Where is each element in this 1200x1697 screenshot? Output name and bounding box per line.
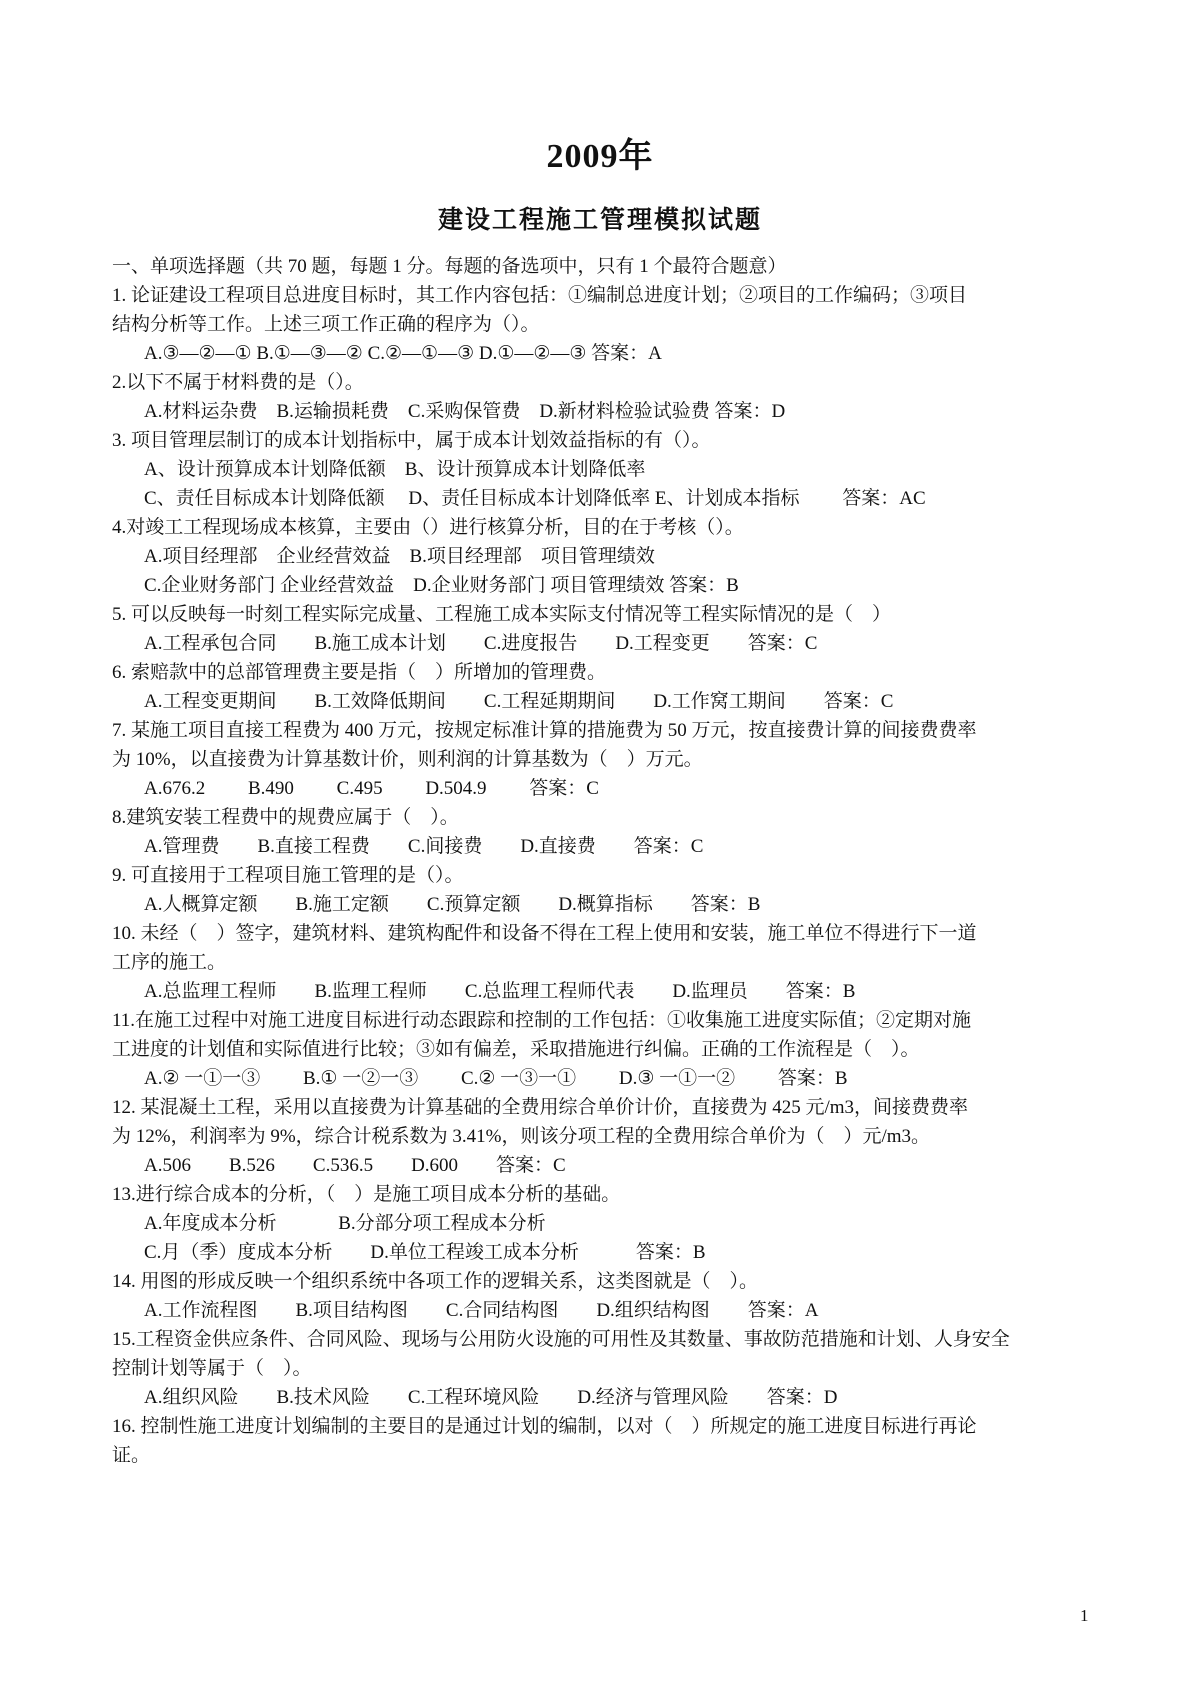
question-options: A.人概算定额 B.施工定额 C.预算定额 D.概算指标 答案：B (112, 890, 1097, 919)
question-stem: 15.工程资金供应条件、合同风险、现场与公用防火设施的可用性及其数量、事故防范措… (112, 1325, 1097, 1354)
question-stem: 3. 项目管理层制订的成本计划指标中，属于成本计划效益指标的有（）。 (112, 426, 1097, 455)
question-stem: 8.建筑安装工程费中的规费应属于（ ）。 (112, 803, 1097, 832)
question-stem: 为 10%，以直接费为计算基数计价，则利润的计算基数为（ ）万元。 (112, 745, 1097, 774)
question-stem: 证。 (112, 1441, 1097, 1470)
year-title: 2009年 (0, 128, 1200, 177)
question-stem: 4.对竣工工程现场成本核算，主要由（）进行核算分析，目的在于考核（）。 (112, 513, 1097, 542)
question-options: A.管理费 B.直接工程费 C.间接费 D.直接费 答案：C (112, 832, 1097, 861)
question-stem: 5. 可以反映每一时刻工程实际完成量、工程施工成本实际支付情况等工程实际情况的是… (112, 600, 1097, 629)
page-number: 1 (1080, 1606, 1089, 1626)
question-stem: 1. 论证建设工程项目总进度目标时，其工作内容包括：①编制总进度计划；②项目的工… (112, 281, 1097, 310)
question-stem: 工序的施工。 (112, 948, 1097, 977)
question-15: 15.工程资金供应条件、合同风险、现场与公用防火设施的可用性及其数量、事故防范措… (112, 1325, 1097, 1412)
question-options: A.676.2 B.490 C.495 D.504.9 答案：C (112, 774, 1097, 803)
question-stem: 11.在施工过程中对施工进度目标进行动态跟踪和控制的工作包括：①收集施工进度实际… (112, 1006, 1097, 1035)
question-options: A.506 B.526 C.536.5 D.600 答案：C (112, 1151, 1097, 1180)
question-5: 5. 可以反映每一时刻工程实际完成量、工程施工成本实际支付情况等工程实际情况的是… (112, 600, 1097, 658)
question-9: 9. 可直接用于工程项目施工管理的是（）。 A.人概算定额 B.施工定额 C.预… (112, 861, 1097, 919)
question-options: A.年度成本分析 B.分部分项工程成本分析 (112, 1209, 1097, 1238)
section-heading: 一、单项选择题（共 70 题，每题 1 分。每题的备选项中，只有 1 个最符合题… (112, 252, 1097, 281)
question-stem: 工进度的计划值和实际值进行比较；③如有偏差，采取措施进行纠偏。正确的工作流程是（… (112, 1035, 1097, 1064)
question-list: 一、单项选择题（共 70 题，每题 1 分。每题的备选项中，只有 1 个最符合题… (112, 252, 1097, 1470)
question-stem: 12. 某混凝土工程，采用以直接费为计算基础的全费用综合单价计价，直接费为 42… (112, 1093, 1097, 1122)
question-stem: 控制计划等属于（ ）。 (112, 1354, 1097, 1383)
question-stem: 9. 可直接用于工程项目施工管理的是（）。 (112, 861, 1097, 890)
question-options: A.项目经理部 企业经营效益 B.项目经理部 项目管理绩效 (112, 542, 1097, 571)
question-options: A.工作流程图 B.项目结构图 C.合同结构图 D.组织结构图 答案：A (112, 1296, 1097, 1325)
question-options: A.③—②—① B.①—③—② C.②—①—③ D.①—②—③ 答案：A (112, 339, 1097, 368)
question-options: A.工程变更期间 B.工效降低期间 C.工程延期期间 D.工作窝工期间 答案：C (112, 687, 1097, 716)
question-14: 14. 用图的形成反映一个组织系统中各项工作的逻辑关系，这类图就是（ ）。 A.… (112, 1267, 1097, 1325)
question-options: A、设计预算成本计划降低额 B、设计预算成本计划降低率 (112, 455, 1097, 484)
question-options: C.月（季）度成本分析 D.单位工程竣工成本分析 答案：B (112, 1238, 1097, 1267)
question-12: 12. 某混凝土工程，采用以直接费为计算基础的全费用综合单价计价，直接费为 42… (112, 1093, 1097, 1180)
question-8: 8.建筑安装工程费中的规费应属于（ ）。 A.管理费 B.直接工程费 C.间接费… (112, 803, 1097, 861)
question-options: A.② 一①一③ B.① 一②一③ C.② 一③一① D.③ 一①一② 答案：B (112, 1064, 1097, 1093)
question-options: A.总监理工程师 B.监理工程师 C.总监理工程师代表 D.监理员 答案：B (112, 977, 1097, 1006)
document-page: 2009年 建设工程施工管理模拟试题 一、单项选择题（共 70 题，每题 1 分… (0, 0, 1200, 1697)
question-stem: 结构分析等工作。上述三项工作正确的程序为（）。 (112, 310, 1097, 339)
question-stem: 为 12%，利润率为 9%，综合计税系数为 3.41%，则该分项工程的全费用综合… (112, 1122, 1097, 1151)
question-stem: 2.以下不属于材料费的是（）。 (112, 368, 1097, 397)
question-7: 7. 某施工项目直接工程费为 400 万元，按规定标准计算的措施费为 50 万元… (112, 716, 1097, 803)
question-stem: 13.进行综合成本的分析，（ ）是施工项目成本分析的基础。 (112, 1180, 1097, 1209)
question-1: 1. 论证建设工程项目总进度目标时，其工作内容包括：①编制总进度计划；②项目的工… (112, 281, 1097, 368)
question-stem: 10. 未经（ ）签字，建筑材料、建筑构配件和设备不得在工程上使用和安装，施工单… (112, 919, 1097, 948)
question-2: 2.以下不属于材料费的是（）。 A.材料运杂费 B.运输损耗费 C.采购保管费 … (112, 368, 1097, 426)
document-title: 建设工程施工管理模拟试题 (0, 200, 1200, 236)
question-6: 6. 索赔款中的总部管理费主要是指（ ）所增加的管理费。 A.工程变更期间 B.… (112, 658, 1097, 716)
question-11: 11.在施工过程中对施工进度目标进行动态跟踪和控制的工作包括：①收集施工进度实际… (112, 1006, 1097, 1093)
question-options: C、责任目标成本计划降低额 D、责任目标成本计划降低率 E、计划成本指标 答案：… (112, 484, 1097, 513)
question-3: 3. 项目管理层制订的成本计划指标中，属于成本计划效益指标的有（）。 A、设计预… (112, 426, 1097, 513)
question-options: A.材料运杂费 B.运输损耗费 C.采购保管费 D.新材料检验试验费 答案：D (112, 397, 1097, 426)
question-stem: 14. 用图的形成反映一个组织系统中各项工作的逻辑关系，这类图就是（ ）。 (112, 1267, 1097, 1296)
question-options: C.企业财务部门 企业经营效益 D.企业财务部门 项目管理绩效 答案：B (112, 571, 1097, 600)
question-options: A.组织风险 B.技术风险 C.工程环境风险 D.经济与管理风险 答案：D (112, 1383, 1097, 1412)
question-16: 16. 控制性施工进度计划编制的主要目的是通过计划的编制，以对（ ）所规定的施工… (112, 1412, 1097, 1470)
question-10: 10. 未经（ ）签字，建筑材料、建筑构配件和设备不得在工程上使用和安装，施工单… (112, 919, 1097, 1006)
question-stem: 16. 控制性施工进度计划编制的主要目的是通过计划的编制，以对（ ）所规定的施工… (112, 1412, 1097, 1441)
question-stem: 6. 索赔款中的总部管理费主要是指（ ）所增加的管理费。 (112, 658, 1097, 687)
question-4: 4.对竣工工程现场成本核算，主要由（）进行核算分析，目的在于考核（）。 A.项目… (112, 513, 1097, 600)
question-stem: 7. 某施工项目直接工程费为 400 万元，按规定标准计算的措施费为 50 万元… (112, 716, 1097, 745)
question-options: A.工程承包合同 B.施工成本计划 C.进度报告 D.工程变更 答案：C (112, 629, 1097, 658)
question-13: 13.进行综合成本的分析，（ ）是施工项目成本分析的基础。 A.年度成本分析 B… (112, 1180, 1097, 1267)
